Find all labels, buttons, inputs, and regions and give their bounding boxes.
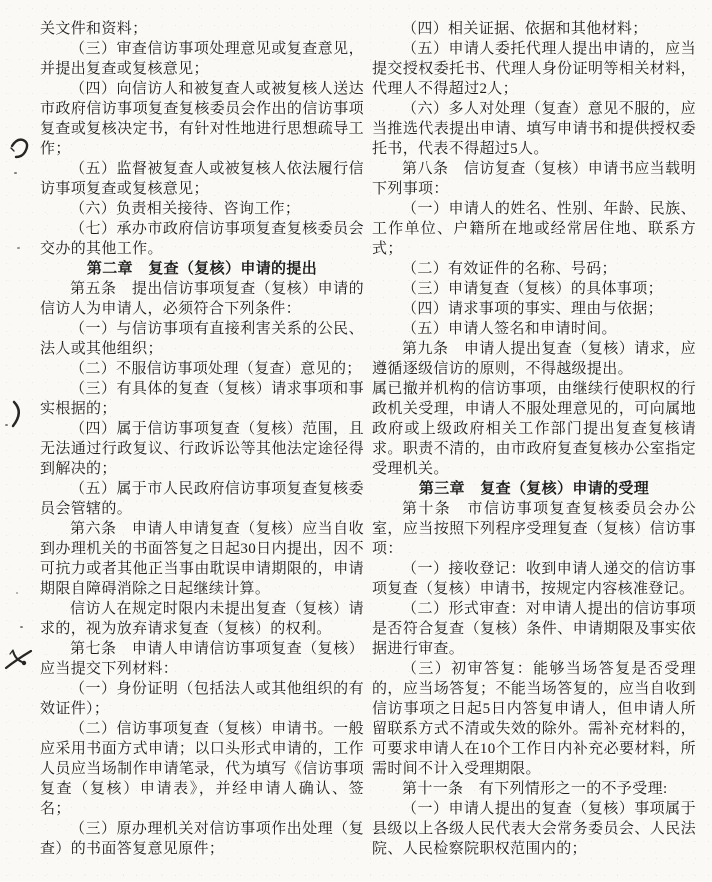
paragraph: 信访人在规定时限内未提出复查（复核）请求的，视为放弃请求复查（复核）的权利。 bbox=[40, 599, 364, 639]
paragraph: （四）向信访人和被复查人或被复核人送达市政府信访事项复查复核委员会作出的信访事项… bbox=[40, 79, 364, 159]
paragraph: （三）审查信访事项处理意见或复查意见，并提出复查或复核意见； bbox=[40, 39, 364, 79]
paragraph: （一）接收登记：收到申请人递交的信访事项复查（复核）申请书，按规定内容核准登记。 bbox=[372, 559, 696, 599]
paragraph: （二）不服信访事项处理（复查）意见的； bbox=[40, 359, 364, 379]
scan-speck bbox=[20, 626, 23, 628]
continuation-paragraph: 属已撤并机构的信访事项，由继续行使职权的行政机关受理，申请人不服处理意见的，可向… bbox=[372, 379, 696, 479]
paragraph: 第五条 提出信访事项复查（复核）申请的信访人为申请人，必须符合下列条件： bbox=[40, 279, 364, 319]
paragraph: （四）相关证据、依据和其他材料； bbox=[372, 19, 696, 39]
continuation-paragraph: 关文件和资料； bbox=[40, 19, 364, 39]
paragraph: 第十条 市信访事项复查复核委员会办公室，应当按照下列程序受理复查（复核）信访事项… bbox=[372, 499, 696, 559]
paragraph: （五）申请人委托代理人提出申请的，应当提交授权委托书、代理人身份证明等相关材料，… bbox=[372, 39, 696, 99]
scan-speck bbox=[5, 424, 8, 426]
ink-mark-icon bbox=[9, 399, 29, 433]
paragraph: （三）有具体的复查（复核）请求事项和事实根据的； bbox=[40, 379, 364, 419]
paragraph: （二）有效证件的名称、号码； bbox=[372, 259, 696, 279]
scan-speck bbox=[17, 247, 20, 249]
paragraph: （六）负责相关接待、咨询工作； bbox=[40, 199, 364, 219]
paragraph: （一）身份证明（包括法人或其他组织的有效证件）； bbox=[40, 679, 364, 719]
paragraph: （五）申请人签名和申请时间。 bbox=[372, 319, 696, 339]
paragraph: 第六条 申请人申请复查（复核）应当自收到办理机关的书面答复之日起30日内提出，因… bbox=[40, 519, 364, 599]
paragraph: （五）监督被复查人或被复核人依法履行信访事项复查或复核意见； bbox=[40, 159, 364, 199]
paragraph: （三）原办理机关对信访事项作出处理（复查）的书面答复意见原件； bbox=[40, 819, 364, 859]
paragraph: （四）属于信访事项复查（复核）范围，且无法通过行政复议、行政诉讼等其他法定途径得… bbox=[40, 419, 364, 479]
chapter-heading: 第三章 复查（复核）申请的受理 bbox=[372, 479, 696, 499]
paragraph: （三）初审答复：能够当场答复是否受理的，应当场答复；不能当场答复的，应当自收到信… bbox=[372, 659, 696, 779]
paragraph: （四）请求事项的事实、理由与依据； bbox=[372, 299, 696, 319]
ink-mark-icon bbox=[9, 135, 35, 165]
scan-speck bbox=[14, 172, 17, 174]
scanned-document-page: 关文件和资料；（三）审查信访事项处理意见或复查意见，并提出复查或复核意见；（四）… bbox=[0, 0, 712, 882]
paragraph: （三）申请复查（复核）的具体事项； bbox=[372, 279, 696, 299]
paragraph: （七）承办市政府信访事项复查复核委员会交办的其他工作。 bbox=[40, 219, 364, 259]
paragraph: （六）多人对处理（复查）意见不服的，应当推选代表提出申请、填写申请书和提供授权委… bbox=[372, 99, 696, 159]
paragraph: 第七条 申请人申请信访事项复查（复核）应当提交下列材料： bbox=[40, 639, 364, 679]
paragraph: （五）属于市人民政府信访事项复查复核委员会管辖的。 bbox=[40, 479, 364, 519]
paragraph: 第九条 申请人提出复查（复核）请求，应遵循逐级信访的原则，不得越级提出。 bbox=[372, 339, 696, 379]
right-column: （四）相关证据、依据和其他材料；（五）申请人委托代理人提出申请的，应当提交授权委… bbox=[372, 19, 696, 859]
paragraph: （一）申请人的姓名、性别、年龄、民族、工作单位、户籍所在地或经常居住地、联系方式… bbox=[372, 199, 696, 259]
paragraph: （一）申请人提出的复查（复核）事项属于县级以上各级人民代表大会常务委员会、人民法… bbox=[372, 799, 696, 859]
paragraph: 第十一条 有下列情形之一的不予受理: bbox=[372, 779, 696, 799]
chapter-heading: 第二章 复查（复核）申请的提出 bbox=[40, 259, 364, 279]
paragraph: （二）形式审查：对申请人提出的信访事项是否符合复查（复核）条件、申请期限及事实依… bbox=[372, 599, 696, 659]
paragraph: 第八条 信访复查（复核）申请书应当载明下列事项： bbox=[372, 159, 696, 199]
left-column: 关文件和资料；（三）审查信访事项处理意见或复查意见，并提出复查或复核意见；（四）… bbox=[40, 19, 364, 859]
ink-mark-icon bbox=[2, 640, 36, 676]
paragraph: （一）与信访事项有直接利害关系的公民、法人或其他组织； bbox=[40, 319, 364, 359]
paragraph: （二）信访事项复查（复核）申请书。一般应采用书面方式申请；以口头形式申请的，工作… bbox=[40, 719, 364, 819]
scan-speck bbox=[16, 592, 18, 594]
